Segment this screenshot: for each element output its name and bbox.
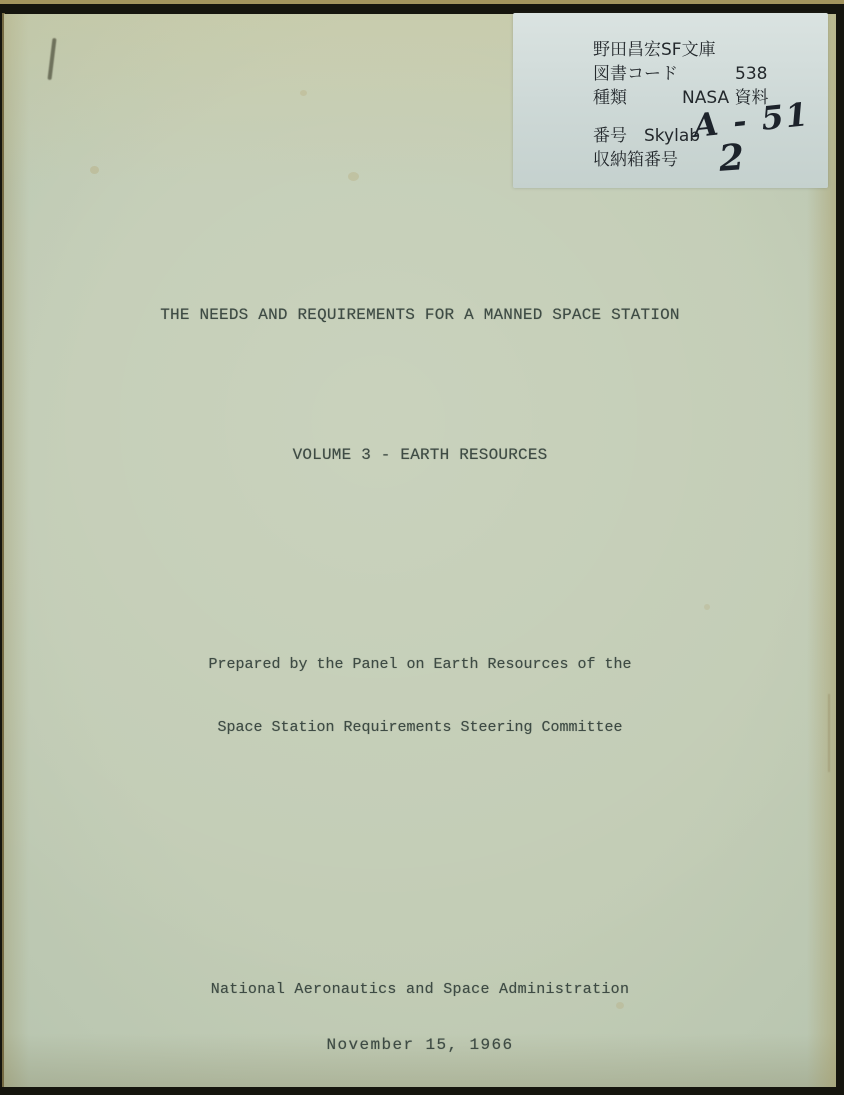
- sticker-collection-name: 野田昌宏SF文庫: [593, 38, 769, 62]
- report-volume: VOLUME 3 - EARTH RESOURCES: [4, 446, 836, 464]
- photo-edge-top: [0, 0, 844, 4]
- organization-name: National Aeronautics and Space Administr…: [4, 981, 836, 998]
- type-label: 種類: [593, 88, 627, 108]
- book-code-value: 538: [735, 64, 767, 84]
- scanned-photo: THE NEEDS AND REQUIREMENTS FOR A MANNED …: [0, 0, 844, 1095]
- paper-stain: [348, 172, 359, 181]
- paper-stain: [90, 166, 99, 174]
- number-value: Skylab: [644, 126, 700, 146]
- paper-stain: [300, 90, 307, 96]
- library-sticker: 野田昌宏SF文庫 図書コード538 種類NASA 資料 番号Skylab 収納箱…: [513, 13, 828, 188]
- handwritten-number: A - 51: [692, 102, 811, 138]
- storage-box-label: 収納箱番号: [593, 150, 678, 170]
- report-title: THE NEEDS AND REQUIREMENTS FOR A MANNED …: [4, 306, 836, 324]
- prepared-by-block: Prepared by the Panel on Earth Resources…: [4, 612, 836, 780]
- report-date: November 15, 1966: [4, 1036, 836, 1054]
- paper-stain: [704, 604, 710, 610]
- paper-stain: [616, 1002, 624, 1009]
- sticker-book-code-row: 図書コード538: [593, 62, 769, 86]
- prepared-line-2: Space Station Requirements Steering Comm…: [4, 717, 836, 738]
- handwritten-box-number: 2: [718, 145, 745, 171]
- number-label: 番号: [593, 126, 627, 146]
- prepared-line-1: Prepared by the Panel on Earth Resources…: [4, 654, 836, 675]
- cover-scratch-mark: [47, 38, 56, 80]
- book-code-label: 図書コード: [593, 64, 678, 84]
